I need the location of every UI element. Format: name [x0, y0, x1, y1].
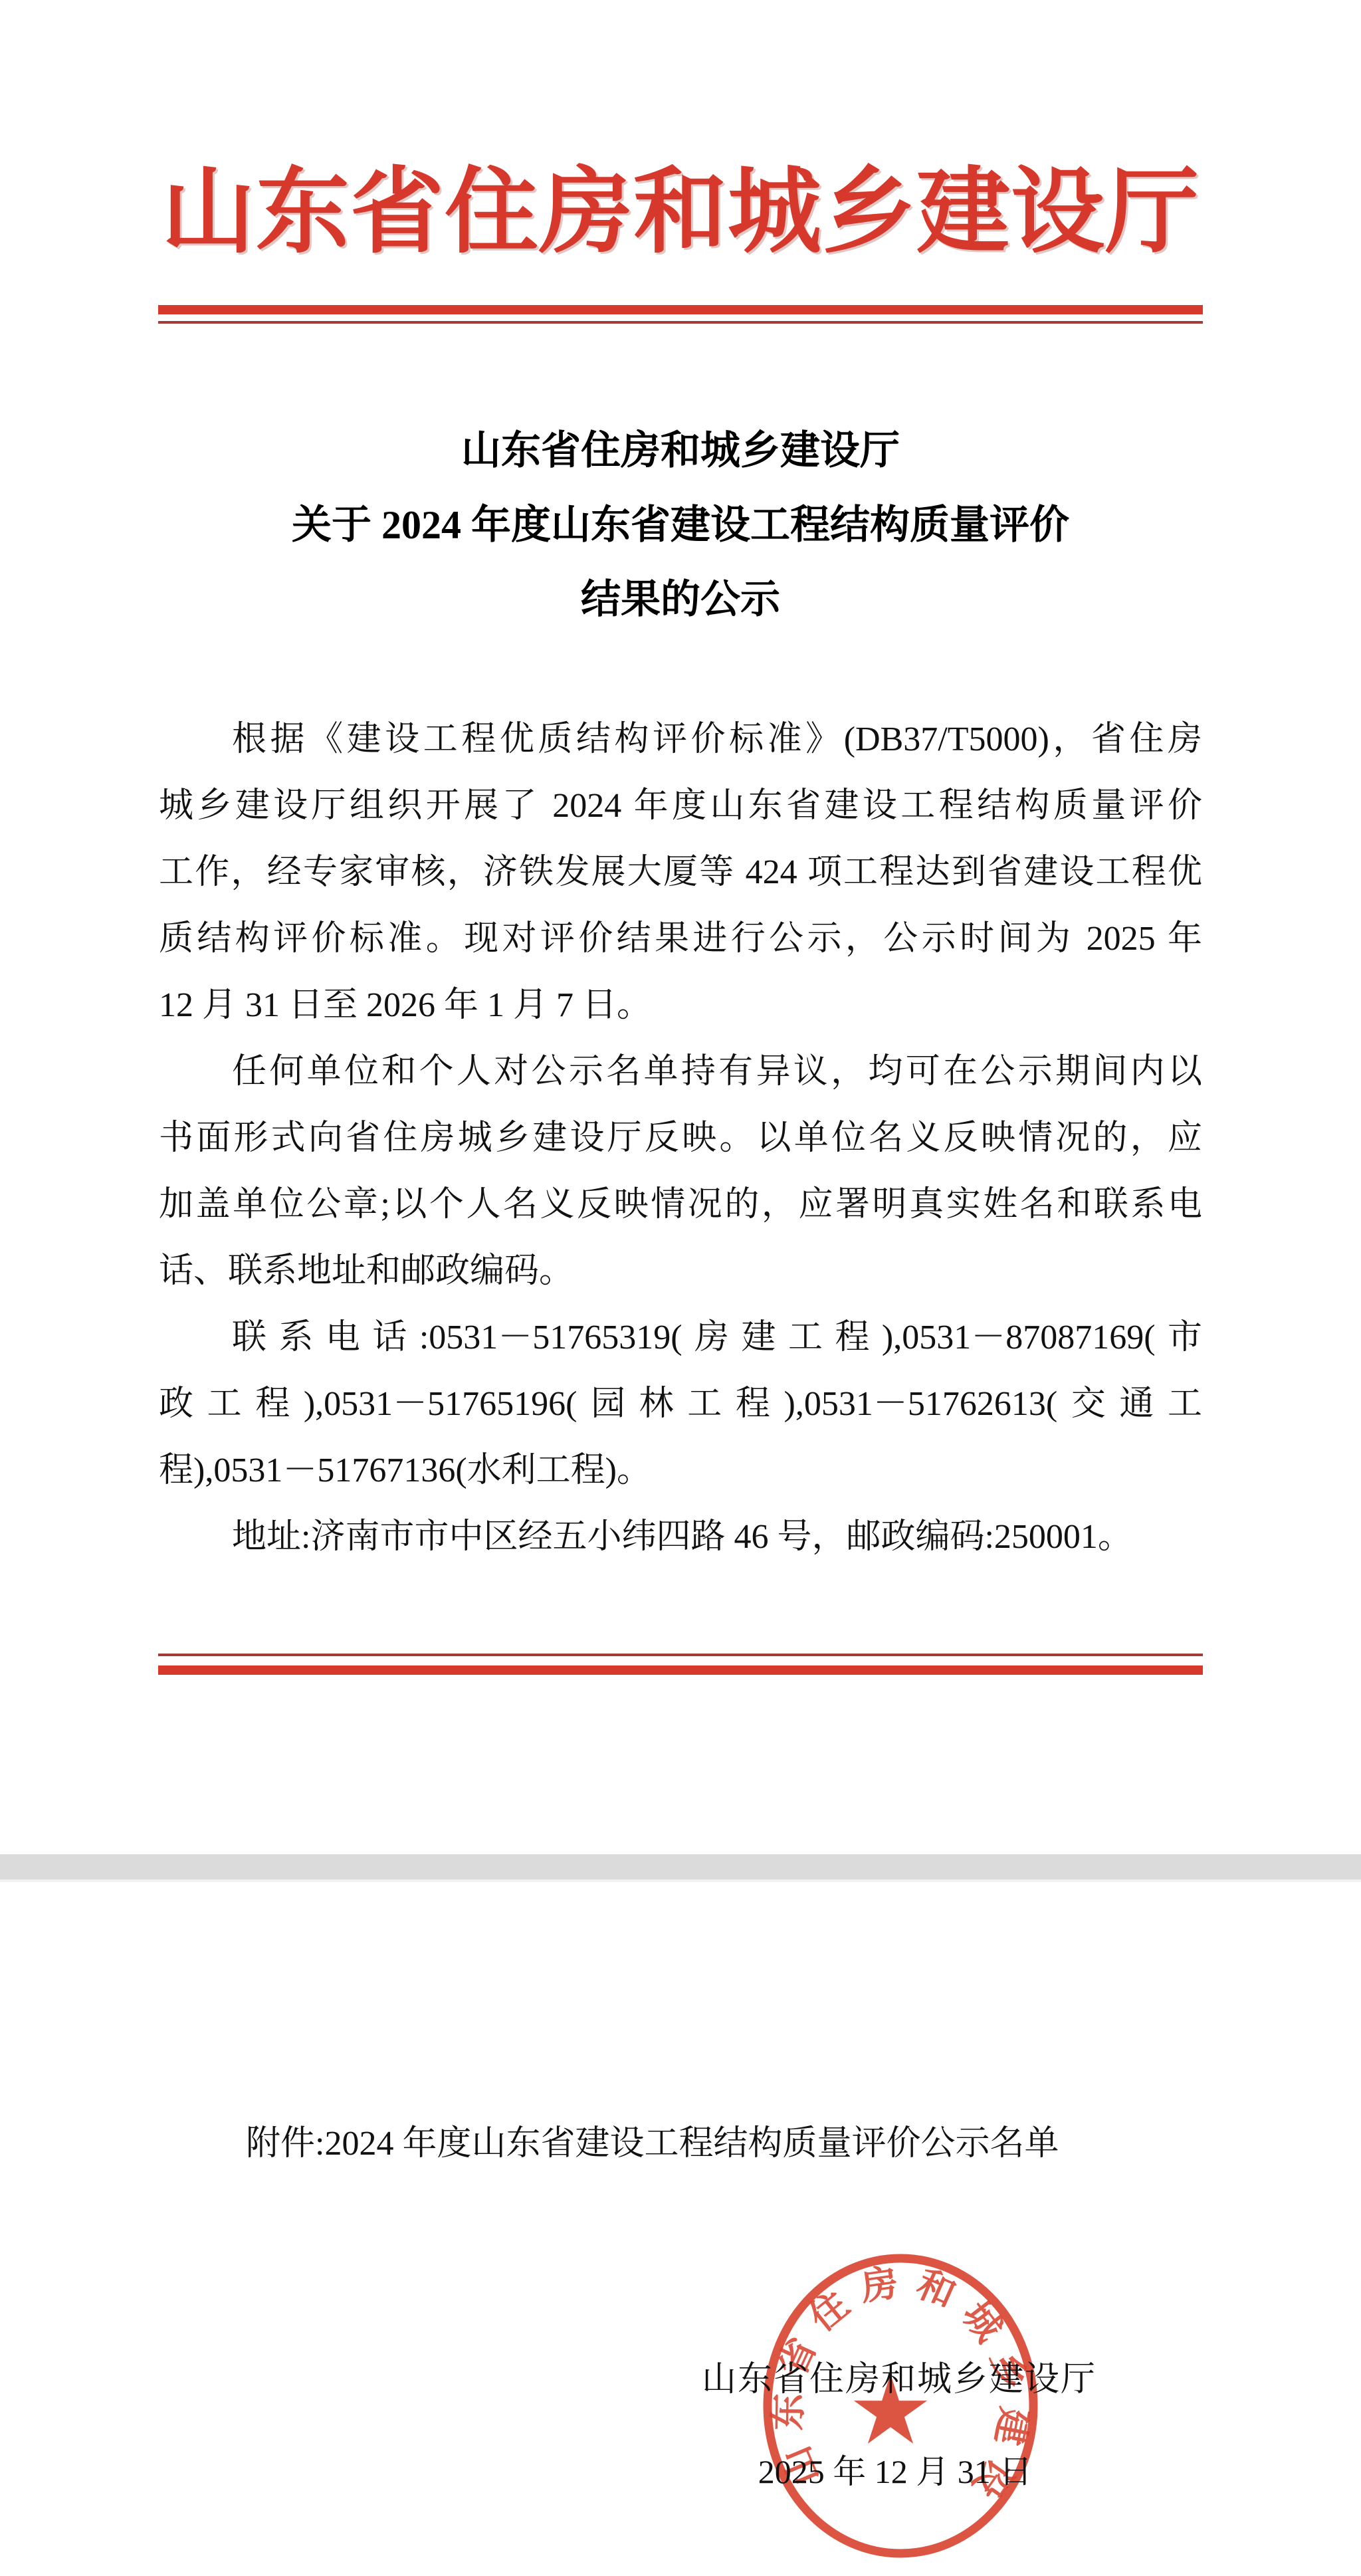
attachment-line: 附件:2024 年度山东省建设工程结构质量评价公示名单	[159, 2109, 1203, 2179]
body-line: 12 月 31 日至 2026 年 1 月 7 日。	[159, 972, 1202, 1039]
body-line: 质结构评价标准。现对评价结果进行公示，公示时间为 2025 年	[159, 906, 1202, 972]
document-title-line-3: 结果的公示	[0, 562, 1361, 637]
page-break-bar	[0, 1854, 1361, 1882]
signature-date: 2025 年 12 月 31 日	[696, 2452, 1095, 2491]
body-line: 加盖单位公章;以个人名义反映情况的，应署明真实姓名和联系电	[159, 1172, 1202, 1238]
document-title-line-1: 山东省住房和城乡建设厅	[0, 413, 1361, 488]
document-title: 山东省住房和城乡建设厅 关于 2024 年度山东省建设工程结构质量评价 结果的公…	[0, 413, 1361, 637]
body-line: 根据《建设工程优质结构评价标准》(DB37/T5000)，省住房	[159, 706, 1202, 773]
body-line: 话、联系地址和邮政编码。	[159, 1238, 1202, 1305]
body-line: 程),0531－51767136(水利工程)。	[159, 1438, 1202, 1504]
header-rule-thick	[158, 305, 1203, 314]
header-rule-thin	[158, 321, 1203, 324]
document-body: 根据《建设工程优质结构评价标准》(DB37/T5000)，省住房 城乡建设厅组织…	[159, 706, 1202, 1570]
body-line: 书面形式向省住房城乡建设厅反映。以单位名义反映情况的，应	[159, 1105, 1202, 1172]
masthead-agency-title: 山东省住房和城乡建设厅	[0, 154, 1361, 271]
signature-agency: 山东省住房和城乡建设厅	[667, 2360, 1132, 2400]
body-line: 任何单位和个人对公示名单持有异议，均可在公示期间内以	[159, 1039, 1202, 1105]
body-line: 工作，经专家审核，济铁发展大厦等 424 项工程达到省建设工程优	[159, 839, 1202, 906]
footer-rule-thick	[158, 1665, 1203, 1675]
body-line: 地址:济南市市中区经五小纬四路 46 号，邮政编码:250001。	[159, 1504, 1202, 1570]
footer-rule-thin	[158, 1654, 1203, 1656]
official-document-page: { "page": { "width": 2048, "height": 387…	[0, 0, 1361, 2576]
official-seal-stamp: 山东省住房和城乡建设厅	[758, 2253, 1043, 2565]
body-line: 政工程),0531－51765196(园林工程),0531－51762613(交…	[159, 1371, 1202, 1438]
document-title-line-2: 关于 2024 年度山东省建设工程结构质量评价	[0, 488, 1361, 562]
body-line: 联系电话:0531－51765319(房建工程),0531－87087169(市	[159, 1305, 1202, 1371]
seal-graphic: 山东省住房和城乡建设厅	[758, 2253, 1043, 2565]
body-line: 城乡建设厅组织开展了 2024 年度山东省建设工程结构质量评价	[159, 773, 1202, 839]
